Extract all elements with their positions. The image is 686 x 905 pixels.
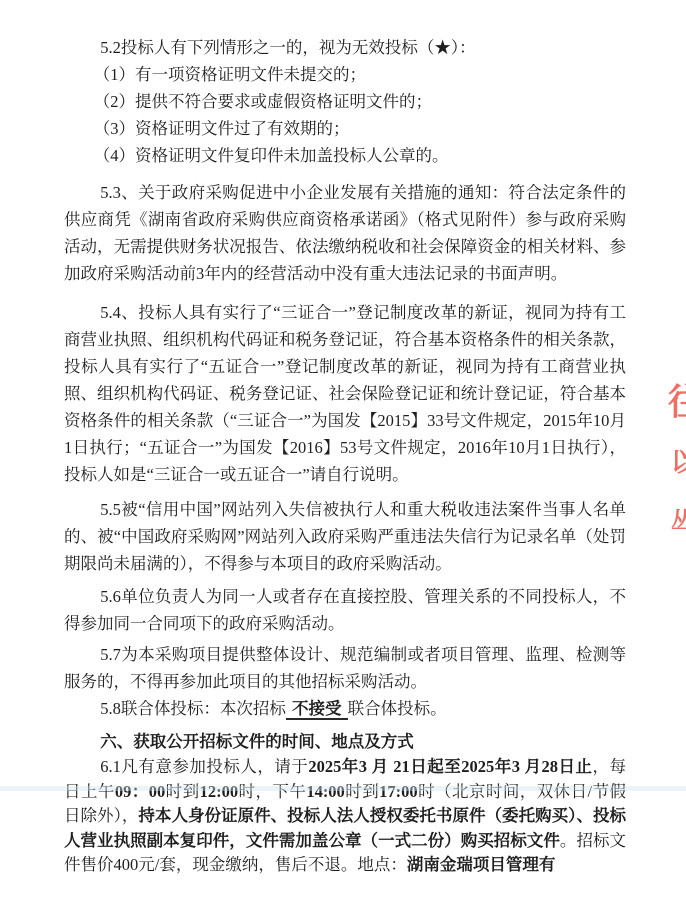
invalid-bid-item-1: （1）有一项资格证明文件未提交的； <box>64 61 626 88</box>
invalid-bid-item-2: （2）提供不符合要求或虚假资格证明文件的； <box>64 88 626 115</box>
text-segment: 持本人身份证原件、投标人法人授权委托书原件（委托购买）、投标人营业执照副本复印件… <box>64 806 626 850</box>
text-segment: 2025年3 月 21日起至2025年3 月28日止 <box>308 757 592 776</box>
scan-artifact-line <box>0 786 686 791</box>
section-6-heading: 六、获取公开招标文件的时间、地点及方式 <box>64 728 626 755</box>
text-segment: 5.8联合体投标：本次招标 <box>100 699 286 718</box>
text-segment: 时到 <box>165 782 199 801</box>
text-segment: 时到 <box>345 782 379 801</box>
clause-5-6: 5.6单位负责人为同一人或者存在直接控股、管理关系的不同投标人，不得参加同一合同… <box>64 583 626 637</box>
clause-5-5: 5.5被“信用中国”网站列入失信被执行人和重大税收违法案件当事人名单的、被“中国… <box>64 496 626 577</box>
invalid-bid-item-4: （4）资格证明文件复印件未加盖投标人公章的。 <box>64 142 626 169</box>
invalid-bid-item-3: （3）资格证明文件过了有效期的； <box>64 115 626 142</box>
text-segment: 时，下午 <box>238 782 306 801</box>
clause-5-2-intro: 5.2投标人有下列情形之一的，视为无效投标（★）： <box>64 34 626 61</box>
red-stamp-fragment-3: 丛 <box>671 510 686 532</box>
clause-5-4: 5.4、投标人具有实行了“三证合一”登记制度改革的新证，视同为持有工商营业执照、… <box>64 299 626 488</box>
clause-5-7: 5.7为本采购项目提供整体设计、规范编制或者项目管理、监理、检测等服务的，不得再… <box>64 641 626 695</box>
red-stamp-fragment-2: 以 <box>671 450 686 476</box>
text-segment: 不接受 <box>286 699 348 720</box>
document-content: 5.2投标人有下列情形之一的，视为无效投标（★）： （1）有一项资格证明文件未提… <box>64 34 626 878</box>
text-segment: 联合体投标。 <box>348 699 447 718</box>
text-segment: 湖南金瑞项目管理有 <box>407 855 556 874</box>
red-stamp-fragment-1: 往 <box>668 384 686 420</box>
text-segment: 17:00 <box>379 782 418 801</box>
clause-6-1: 6.1凡有意参加投标人，请于2025年3 月 21日起至2025年3 月28日止… <box>64 755 626 878</box>
clause-5-8: 5.8联合体投标：本次招标 不接受 联合体投标。 <box>64 695 626 722</box>
text-segment: 09：00 <box>115 782 165 801</box>
text-segment: 14:00 <box>306 782 345 801</box>
clause-5-3: 5.3、关于政府采购促进中小企业发展有关措施的通知：符合法定条件的供应商凭《湖南… <box>64 179 626 287</box>
text-segment: 6.1凡有意参加投标人，请于 <box>100 757 308 776</box>
text-segment: 12:00 <box>200 782 239 801</box>
document-page: 5.2投标人有下列情形之一的，视为无效投标（★）： （1）有一项资格证明文件未提… <box>0 0 686 905</box>
